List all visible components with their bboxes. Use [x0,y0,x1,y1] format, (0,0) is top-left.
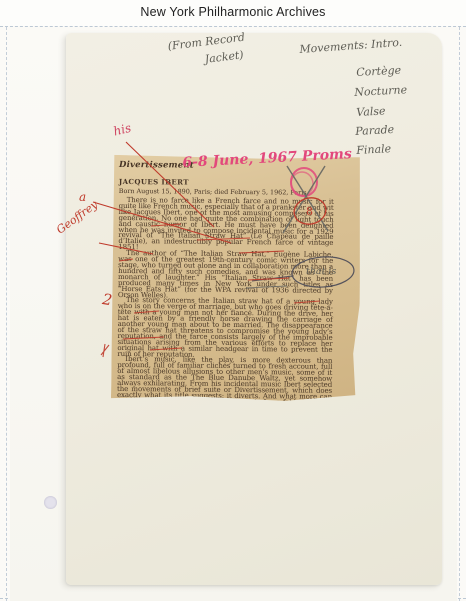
clipping-body: There is no farce like a French farce an… [117,198,334,412]
clipping-composer: JACQUES IBERT [119,177,334,188]
page-title: New York Philharmonic Archives [0,5,466,19]
clipping-paragraph-3: The story concerns the Italian straw hat… [117,298,333,359]
clipping-paragraph-2: The author of “The Italian Straw Hat,” E… [118,251,333,300]
left-dashed-guide [6,27,7,601]
newspaper-clipping: Divertissement JACQUES IBERT Born August… [111,155,361,409]
right-dashed-guide [459,27,460,601]
clipping-text-column: Divertissement JACQUES IBERT Born August… [117,160,334,412]
clipping-title: Divertissement [119,160,334,172]
clipping-paragraph-1: There is no farce like a French farce an… [118,198,333,253]
punch-hole [44,496,57,509]
archive-scan-screenshot: New York Philharmonic Archives (From Rec… [0,0,466,601]
archives-header: New York Philharmonic Archives [0,0,466,26]
